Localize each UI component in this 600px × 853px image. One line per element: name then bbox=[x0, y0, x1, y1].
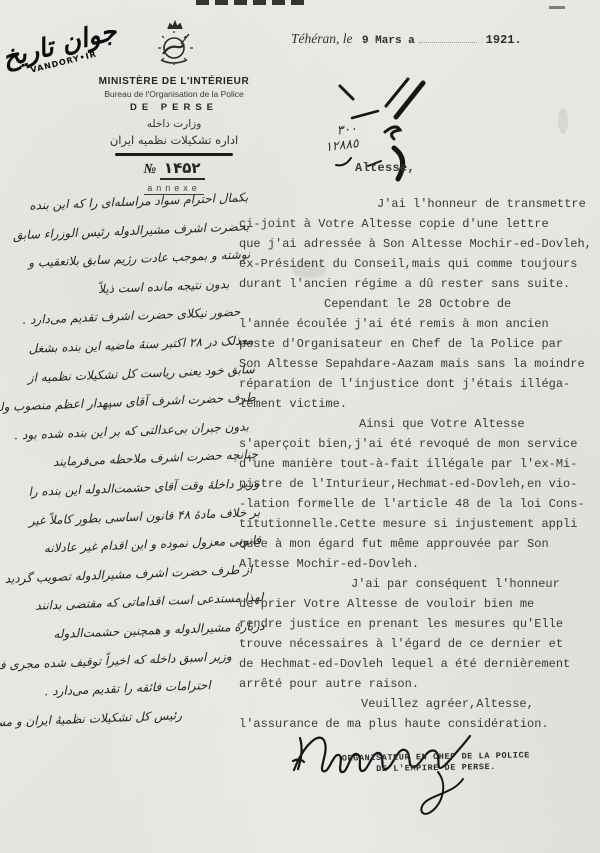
letter-line: poste d'Organisateur en Chef de la Polic… bbox=[239, 334, 600, 354]
letter-line: l'année écoulée j'ai été remis à mon anc… bbox=[239, 314, 600, 334]
dateline-typed-date: 9 Mars a bbox=[362, 35, 415, 47]
scan-artifact-dash bbox=[549, 6, 565, 9]
letter-line: s'aperçoit bien,j'ai été revoqué de mon … bbox=[239, 434, 600, 454]
letter-line: arrêté pour autre raison. bbox=[239, 674, 600, 694]
letter-line: de prier Votre Altesse de vouloir bien m… bbox=[239, 594, 600, 614]
persian-ministry-line: وزارت داخله bbox=[58, 118, 290, 130]
dateline-dotted-rule bbox=[419, 42, 477, 43]
paper-stain bbox=[558, 108, 568, 134]
letter-line: d'une manière tout-à-fait illégale par l… bbox=[239, 454, 600, 474]
letterhead: MINISTÈRE DE L'INTÉRIEUR Bureau de l'Org… bbox=[58, 20, 290, 196]
letter-line: ex-Président du Conseil,mais qui comme t… bbox=[239, 254, 600, 274]
letter-line: durant l'ancien régime a dû rester sans … bbox=[239, 274, 600, 294]
letter-line: de Hechmat-ed-Dovleh lequel a été derniè… bbox=[239, 654, 600, 674]
document-number-value: ١۴۵٢ bbox=[160, 159, 205, 180]
dateline-year: 1921. bbox=[486, 33, 522, 47]
lion-and-sun-emblem-icon bbox=[150, 20, 198, 74]
bureau-subtitle: Bureau de l'Organisation de la Police bbox=[58, 89, 290, 99]
scanned-letter-page: جوان تاریخ VANDORY•IR MINISTÈRE DE L'INT… bbox=[0, 0, 600, 853]
letter-line: titutionnelle.Cette mesure si injustemen… bbox=[239, 514, 600, 534]
signature-title-block: ORGANISATEUR EN CHEF DE LA POLICE DE L'E… bbox=[326, 750, 546, 776]
dateline: Téhéran, le 9 Mars a 1921. bbox=[291, 30, 522, 48]
letter-line: Cependant le 28 Octobre de bbox=[239, 294, 600, 314]
letter-line: que j'ai adressée à Son Altesse Mochir-e… bbox=[239, 234, 600, 254]
letter-line: ci-joint à Votre Altesse copie d'une let… bbox=[239, 214, 600, 234]
country-line: DE PERSE bbox=[58, 102, 290, 113]
letter-line: Veuillez agréer,Altesse, bbox=[239, 694, 600, 714]
letterhead-rule bbox=[115, 153, 233, 156]
dateline-printed-place: Téhéran, le bbox=[291, 31, 353, 46]
letter-line: J'ai l'honneur de transmettre bbox=[239, 194, 600, 214]
letter-line: réparation de l'injustice dont j'étais i… bbox=[239, 374, 600, 394]
letter-line: trouve nécessaires à l'égard de ce derni… bbox=[239, 634, 600, 654]
salutation: Altesse, bbox=[355, 161, 415, 175]
letter-line: nistre de l'Inturieur,Hechmat-ed-Dovleh,… bbox=[239, 474, 600, 494]
letter-line: Ainsi que Votre Altesse bbox=[239, 414, 600, 434]
persian-line: رئیس کل تشکیلات نظمیهٔ ایران و مستشار bbox=[11, 701, 182, 736]
numero-sign: № bbox=[143, 162, 156, 177]
french-letter-body: J'ai l'honneur de transmettreci-joint à … bbox=[239, 194, 600, 734]
letter-line: Son Altesse Sepahdare-Aazam mais sans la… bbox=[239, 354, 600, 374]
letter-line: Altesse Mochir-ed-Dovleh. bbox=[239, 554, 600, 574]
letter-line: lement victime. bbox=[239, 394, 600, 414]
document-number: № ١۴۵٢ bbox=[58, 159, 290, 178]
ministry-title: MINISTÈRE DE L'INTÉRIEUR bbox=[58, 76, 290, 87]
letter-line: rendre justice en prenant les mesures qu… bbox=[239, 614, 600, 634]
letter-line: quée à mon égard fut même approuvée par … bbox=[239, 534, 600, 554]
persian-department-line: اداره تشکیلات نظمیه ایران bbox=[58, 133, 290, 147]
persian-handwritten-annotation: بکمال احترام سواد مراسله‌ای را که این بن… bbox=[0, 183, 268, 736]
scan-artifact-strip bbox=[196, 0, 310, 5]
letter-line: J'ai par conséquent l'honneur bbox=[239, 574, 600, 594]
letter-line: -lation formelle de l'article 48 de la l… bbox=[239, 494, 600, 514]
